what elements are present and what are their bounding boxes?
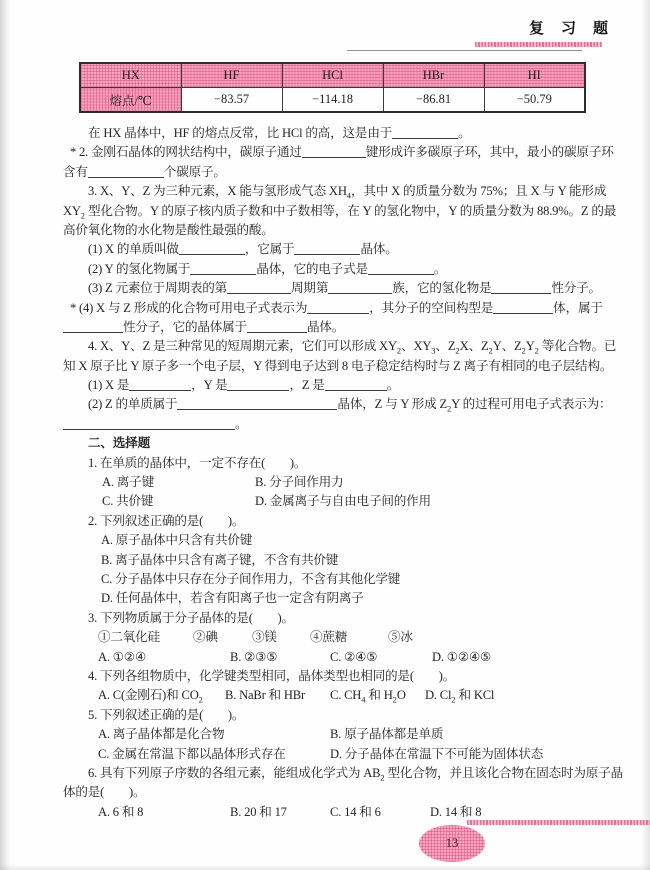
option-cell: B. ②③⑤ — [230, 648, 330, 667]
text-run: 晶体，它的电子式是 — [256, 262, 368, 276]
fill-q1-line: 在 HX 晶体中，HF 的熔点反常，比 HCl 的高，这是由于。 — [63, 124, 590, 143]
choice-q2-option-a: A. 原子晶体中只含有共价键 — [63, 531, 590, 550]
text-run: A. C(金刚石)和 CO — [98, 688, 199, 702]
table-value-cell: −50.79 — [484, 88, 585, 113]
text-run: O — [397, 688, 406, 702]
fill-in-blank — [491, 281, 551, 294]
choice-q4-options: A. C(金刚石)和 CO2B. NaBr 和 HBrC. CH4 和 H2OD… — [63, 686, 590, 705]
page-title: 复习题 — [529, 17, 625, 38]
document-body: 在 HX 晶体中，HF 的熔点反常，比 HCl 的高，这是由于。* 2. 金刚石… — [63, 124, 590, 822]
fill-q2-line2: 含有个碳原子。 — [63, 163, 590, 182]
table-value-cell: −114.18 — [282, 88, 383, 113]
text-run: B. 分子间作用力 — [255, 475, 343, 489]
fill-in-blank — [88, 165, 164, 178]
text-run: C. 共价键 — [102, 494, 153, 508]
text-run: * 2. 金刚石晶体的网状结构中，碳原子通过 — [70, 145, 302, 159]
option-cell: C. 共价键 — [102, 492, 255, 511]
text-run: 4. 下列各组物质中，化学键类型相同，晶体类型也相同的是( )。 — [88, 669, 455, 683]
choice-q3-stem: 3. 下列物质属于分子晶体的是( )。 — [63, 609, 590, 628]
text-run: Y — [526, 339, 535, 353]
table-header-row: HX HF HCl HBr HI — [80, 63, 585, 88]
footer-accent-bar — [467, 820, 650, 825]
option-cell: C. CH4 和 H2O — [330, 686, 425, 710]
fill-in-blank — [177, 397, 337, 410]
fill-q4-sub1: (1) X 是，Y 是，Z 是。 — [63, 376, 590, 395]
fill-q3-sub3: (3) Z 元素位于周期表的第周期第族，它的氢化物是性分子。 — [63, 279, 590, 298]
table-data-row: 熔点/℃ −83.57 −114.18 −86.81 −50.79 — [80, 88, 585, 113]
fill-q4-sub2: (2) Z 的单质属于晶体，Z 与 Y 形成 Z2Y 的过程可用电子式表示为： — [63, 395, 590, 414]
option-cell: C. ②④⑤ — [330, 648, 432, 667]
page-edge-right — [641, 0, 650, 870]
text-run: B. 离子晶体中只含有离子键，不含有共价键 — [101, 553, 338, 567]
text-run: C. 金属在常温下都以晶体形式存在 — [98, 747, 286, 761]
text-run: 和 H — [365, 688, 392, 702]
text-run: 知 X 原子比 Y 原子多一个电子层，Y 得到电子达到 8 电子稳定结构时与 Z… — [63, 359, 612, 373]
text-run: 5. 下列叙述正确的是( )。 — [88, 708, 244, 722]
page-number-badge: 13 — [419, 825, 485, 862]
option-cell: ②碘 — [193, 628, 252, 647]
text-run: 含有 — [63, 165, 88, 179]
text-run: (1) X 的单质叫做 — [88, 242, 179, 256]
text-run: 性分子，它的晶体属于 — [123, 320, 247, 334]
option-cell: ①二氧化硅 — [98, 628, 193, 647]
option-cell: A. 6 和 8 — [98, 803, 230, 822]
text-run: 性分子。 — [551, 281, 601, 295]
text-run: (1) X 是 — [88, 378, 129, 392]
text-run: D. 14 和 8 — [430, 805, 481, 819]
fill-q3-line1: 3. X、Y、Z 为三种元素，X 能与氢形成气态 XH4，其中 X 的质量分数为… — [63, 182, 590, 201]
table-header-cell: HCl — [282, 63, 383, 88]
option-cell: A. 离子键 — [102, 473, 255, 492]
table-header-cell: HF — [181, 63, 282, 88]
table-value-cell: −83.57 — [181, 88, 282, 113]
fill-q3-sub2: (2) Y 的氢化物属于晶体，它的电子式是。 — [63, 260, 590, 279]
text-run: 晶体。 — [360, 242, 397, 256]
text-run: C. 14 和 6 — [330, 805, 381, 819]
text-run: 、Z — [436, 339, 456, 353]
text-run: A. 离子键 — [102, 475, 154, 489]
choice-q4-stem: 4. 下列各组物质中，化学键类型相同，晶体类型也相同的是( )。 — [63, 667, 590, 686]
fill-q3-line3: 高价氧化物的水化物是酸性最强的酸。 — [63, 221, 590, 240]
text-run: ④蔗糖 — [310, 630, 347, 644]
choice-q3-items: ①二氧化硅②碘③镁④蔗糖⑤冰 — [63, 628, 590, 647]
choice-q2-option-d: D. 任何晶体中，若含有阳离子也一定含有阴离子 — [63, 589, 590, 608]
choice-q1-stem: 1. 在单质的晶体中，一定不存在( )。 — [63, 454, 590, 473]
text-run: 体，属于 — [553, 301, 603, 315]
option-cell: A. ①②④ — [98, 648, 230, 667]
table-row-label: 熔点/℃ — [80, 88, 181, 113]
choice-q2-option-c: C. 分子晶体中只存在分子间作用力，不含有其他化学键 — [63, 570, 590, 589]
text-run: (2) Z 的单质属于 — [88, 397, 177, 411]
page-edge-bottom — [0, 864, 650, 870]
fill-in-blank — [294, 242, 360, 255]
text-run: * (4) X 与 Z 形成的化合物可用电子式表示为 — [70, 301, 307, 315]
text-run: 等化合物。已 — [539, 339, 616, 353]
text-run: 4. X、Y、Z 是三种常见的短周期元素，它们可以形成 XY — [88, 339, 397, 353]
text-run: ，Y 是 — [191, 378, 227, 392]
section-heading-choice: 二、选择题 — [63, 434, 590, 453]
text-run: 和 KCl — [456, 688, 495, 702]
fill-q4-sub2-blank: 。 — [63, 415, 590, 434]
fill-in-blank — [247, 320, 307, 333]
fill-q3-sub4-line2: 性分子，它的晶体属于晶体。 — [63, 318, 590, 337]
text-run: 晶体。 — [307, 320, 344, 334]
option-cell: ③镁 — [252, 628, 310, 647]
text-run: 晶体，Z 与 Y 形成 Z — [337, 397, 447, 411]
text-run: ，其分子的空间构型是 — [369, 301, 493, 315]
fill-in-blank — [302, 145, 366, 158]
text-run: A. 离子晶体都是化合物 — [98, 727, 224, 741]
text-run: 。 — [235, 417, 247, 431]
choice-q3-options: A. ①②④B. ②③⑤C. ②④⑤D. ①②④⑤ — [63, 648, 590, 667]
text-run: D. ①②④⑤ — [432, 650, 491, 664]
text-run: 键形成许多碳原子环，其中，最小的碳原子环 — [366, 145, 614, 159]
fill-q2-line1: * 2. 金刚石晶体的网状结构中，碳原子通过键形成许多碳原子环，其中，最小的碳原… — [63, 143, 590, 162]
text-run: 高价氧化物的水化物是酸性最强的酸。 — [63, 223, 274, 237]
text-run: Y 的过程可用电子式表示为： — [451, 397, 611, 411]
fill-in-blank — [368, 262, 434, 275]
fill-q3-sub1: (1) X 的单质叫做，它属于晶体。 — [63, 240, 590, 259]
table-header-cell: HBr — [383, 63, 484, 88]
text-run: X、Z — [460, 339, 489, 353]
fill-in-blank — [227, 378, 289, 391]
fill-in-blank — [325, 378, 387, 391]
choice-q6-stem-line1: 6. 具有下列原子序数的各组元素，能组成化学式为 AB2 型化合物，并且该化合物… — [63, 764, 590, 783]
option-cell: C. 金属在常温下都以晶体形式存在 — [98, 745, 330, 764]
melting-point-table: HX HF HCl HBr HI 熔点/℃ −83.57 −114.18 −86… — [79, 62, 586, 113]
fill-in-blank — [227, 281, 291, 294]
text-run: 。 — [434, 262, 446, 276]
choice-q6-stem-line2: 体的是( )。 — [63, 783, 590, 802]
fill-in-blank — [493, 301, 553, 314]
table-header-cell: HI — [484, 63, 585, 88]
option-cell: D. Cl2 和 KCl — [425, 686, 494, 710]
choice-q2-stem: 2. 下列叙述正确的是( )。 — [63, 512, 590, 531]
fill-in-blank — [129, 378, 191, 391]
subscript: 2 — [199, 695, 203, 705]
text-run: 。 — [387, 378, 399, 392]
text-run: C. 分子晶体中只存在分子间作用力，不含有其他化学键 — [101, 572, 400, 586]
text-run: (2) Y 的氢化物属于 — [88, 262, 190, 276]
fill-in-blank — [190, 262, 256, 275]
text-run: ②碘 — [193, 630, 218, 644]
option-cell: B. 20 和 17 — [230, 803, 330, 822]
option-cell: ④蔗糖 — [310, 628, 388, 647]
fill-in-blank — [328, 281, 392, 294]
option-cell: B. NaBr 和 HBr — [225, 686, 330, 705]
fill-in-blank — [179, 242, 245, 255]
text-run: 在 HX 晶体中，HF 的熔点反常，比 HCl 的高，这是由于 — [88, 126, 392, 140]
fill-q3-sub4-line1: * (4) X 与 Z 形成的化合物可用电子式表示为，其分子的空间构型是体，属于 — [63, 299, 590, 318]
text-run: B. 原子晶体都是单质 — [330, 727, 443, 741]
choice-q1-options-cd: C. 共价键D. 金属离子与自由电子间的作用 — [63, 492, 590, 511]
fill-q4-line1: 4. X、Y、Z 是三种常见的短周期元素，它们可以形成 XY2、XY3、Z2X、… — [63, 337, 590, 356]
header-rule — [347, 50, 582, 51]
option-cell: C. 14 和 6 — [330, 803, 430, 822]
fill-in-blank — [392, 126, 458, 139]
choice-q5-options-cd: C. 金属在常温下都以晶体形式存在D. 分子晶体在常温下不可能为固体状态 — [63, 745, 590, 764]
text-run: Y、Z — [493, 339, 522, 353]
option-cell: A. 离子晶体都是化合物 — [98, 725, 330, 744]
text-run: B. NaBr 和 HBr — [225, 688, 305, 702]
text-run: D. 金属离子与自由电子间的作用 — [255, 494, 431, 508]
page-edge-left — [0, 0, 10, 870]
textbook-page: 复习题 HX HF HCl HBr HI 熔点/℃ −83.57 −114.18… — [0, 0, 650, 870]
text-run: 二、选择题 — [88, 436, 150, 450]
text-run: B. 20 和 17 — [230, 805, 287, 819]
text-run: 体的是( )。 — [63, 785, 145, 799]
text-run: C. CH — [330, 688, 361, 702]
choice-q2-option-b: B. 离子晶体中只含有离子键，不含有共价键 — [63, 551, 590, 570]
text-run: A. 6 和 8 — [98, 805, 143, 819]
text-run: 型化合物，并且该化合物在固态时为原子晶 — [385, 766, 623, 780]
text-run: A. 原子晶体中只含有共价键 — [101, 533, 252, 547]
text-run: C. ②④⑤ — [330, 650, 377, 664]
text-run: XY — [63, 204, 81, 218]
text-run: ③镁 — [252, 630, 277, 644]
choice-q1-options-ab: A. 离子键B. 分子间作用力 — [63, 473, 590, 492]
table-header-cell: HX — [80, 63, 181, 88]
text-run: ⑤冰 — [388, 630, 413, 644]
text-run: ①二氧化硅 — [98, 630, 160, 644]
text-run: 2. 下列叙述正确的是( )。 — [88, 514, 244, 528]
text-run: (3) Z 元素位于周期表的第 — [88, 281, 227, 295]
text-run: 6. 具有下列原子序数的各组元素，能组成化学式为 AB — [88, 766, 380, 780]
fill-in-blank — [307, 301, 369, 314]
choice-q5-options-ab: A. 离子晶体都是化合物B. 原子晶体都是单质 — [63, 725, 590, 744]
text-run: 1. 在单质的晶体中，一定不存在( )。 — [88, 456, 306, 470]
fill-q3-line2: XY2 型化合物。Y 的原子核内质子数和中子数相等，在 Y 的氢化物中，Y 的质… — [63, 202, 590, 221]
text-run: 族，它的氢化物是 — [392, 281, 491, 295]
choice-q5-stem: 5. 下列叙述正确的是( )。 — [63, 706, 590, 725]
text-run: 周期第 — [291, 281, 328, 295]
text-run: 。 — [458, 126, 470, 140]
text-run: 3. X、Y、Z 为三种元素，X 能与氢形成气态 XH — [88, 184, 347, 198]
text-run: D. 任何晶体中，若含有阳离子也一定含有阴离子 — [101, 591, 364, 605]
text-run: D. 分子晶体在常温下不可能为固体状态 — [330, 747, 543, 761]
table-value-cell: −86.81 — [383, 88, 484, 113]
text-run: 个碳原子。 — [164, 165, 226, 179]
text-run: ，Z 是 — [289, 378, 324, 392]
text-run: D. Cl — [425, 688, 451, 702]
text-run: 型化合物。Y 的原子核内质子数和中子数相等，在 Y 的氢化物中，Y 的质量分数为… — [85, 204, 616, 218]
page-number: 13 — [446, 836, 459, 851]
text-run: 、XY — [401, 339, 431, 353]
text-run: 3. 下列物质属于分子晶体的是( )。 — [88, 611, 294, 625]
text-run: A. ①②④ — [98, 650, 146, 664]
fill-q4-line2: 知 X 原子比 Y 原子多一个电子层，Y 得到电子达到 8 电子稳定结构时与 Z… — [63, 357, 590, 376]
header-accent-bar — [475, 42, 602, 47]
text-run: ，它属于 — [245, 242, 295, 256]
fill-in-blank — [63, 417, 235, 430]
text-run: ，其中 X 的质量分数为 75%；且 X 与 Y 能形成 — [351, 184, 606, 198]
fill-in-blank — [63, 320, 123, 333]
text-run: B. ②③⑤ — [230, 650, 277, 664]
